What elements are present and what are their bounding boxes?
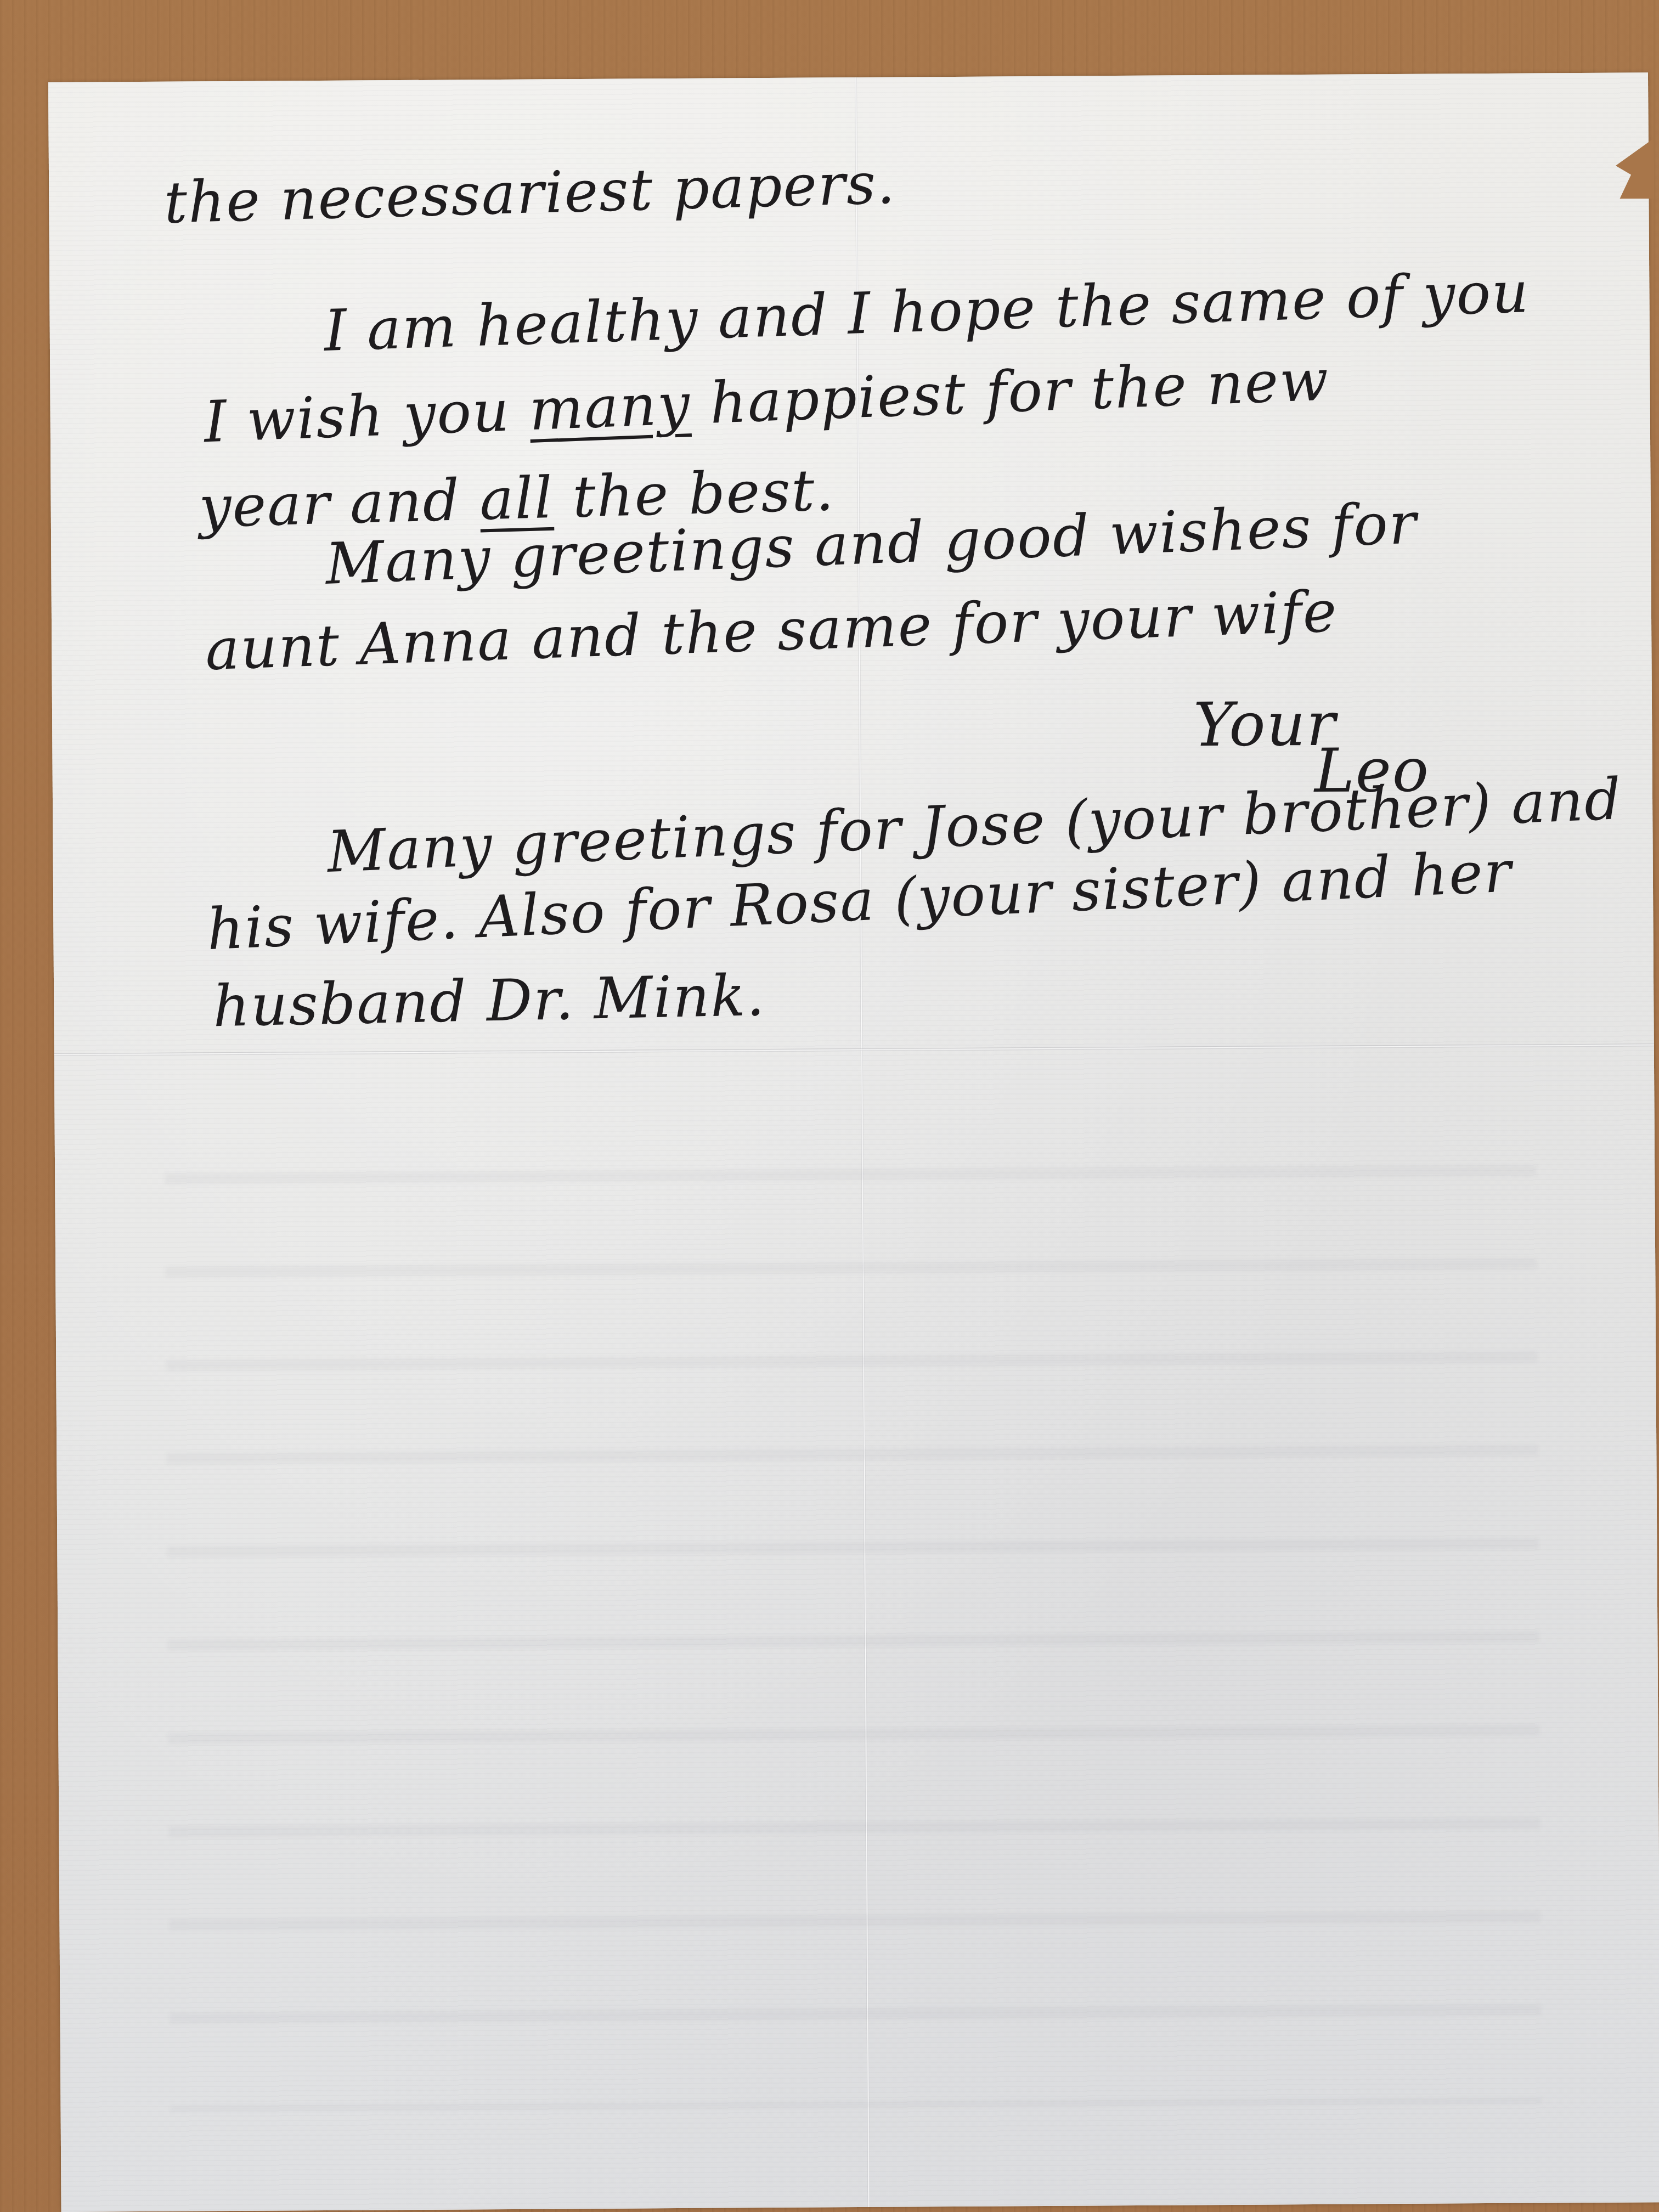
letter-body: the necessariest papers. I am healthy an… (48, 72, 1659, 2212)
body-line-1: the necessariest papers. (163, 150, 897, 236)
letter-sheet: the necessariest papers. I am healthy an… (48, 72, 1659, 2212)
postscript-line-3: husband Dr. Mink. (212, 962, 766, 1040)
body-line-2: I am healthy and I hope the same of you (323, 258, 1531, 364)
underlined-word: many (528, 370, 692, 443)
